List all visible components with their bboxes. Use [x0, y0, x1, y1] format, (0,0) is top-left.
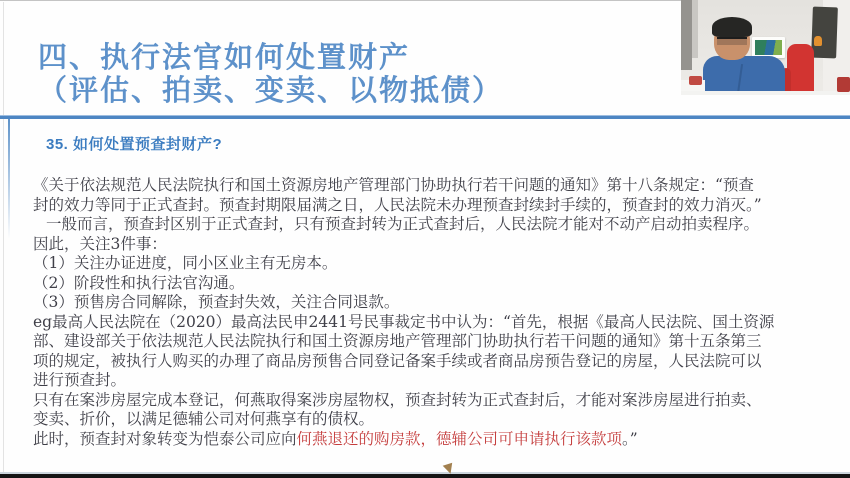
- webcam-orange-object: [814, 36, 822, 46]
- highlighted-red-text: 何燕退还的购房款，德辅公司可申请执行该款项: [297, 430, 623, 448]
- presenter-shirt-fold: [737, 64, 743, 94]
- left-rule: [8, 119, 10, 239]
- webcam-red-chair: [787, 44, 814, 94]
- webcam-door: [681, 0, 692, 70]
- presenter-shirt: [703, 56, 785, 95]
- body-line: 部、建设部关于依法规范人民法院执行和国土资源房地产管理部门协助执行若干问题的通知…: [33, 332, 848, 352]
- slide-title-line1: 四、执行法官如何处置财产: [38, 42, 678, 75]
- body-line: 项的规定，被执行人购买的办理了商品房预售合同登记备案手续或者商品房预告登记的房屋…: [33, 352, 848, 372]
- body-line: 进行预查封。: [33, 371, 848, 391]
- body-line: （1）关注办证进度，同小区业主有无房本。: [33, 254, 848, 274]
- slide-body-text: 《关于依法规范人民法院执行和国土资源房地产管理部门协助执行若干问题的通知》第十八…: [33, 176, 848, 449]
- body-line: 一般而言，预查封区别于正式查封，只有预查封转为正式查封后，人民法院才能对不动产启…: [33, 215, 848, 235]
- body-line: 封的效力等同于正式查封。预查封期限届满之日，人民法院未办理预查封续封手续的，预查…: [33, 196, 848, 216]
- slide-title: 四、执行法官如何处置财产 （评估、拍卖、变卖、以物抵债）: [38, 42, 678, 108]
- presenter-hair: [712, 17, 752, 37]
- presenter-webcam: [681, 0, 850, 95]
- body-line: （2）阶段性和执行法官沟通。: [33, 274, 848, 294]
- header-rule: [0, 116, 850, 119]
- bottom-bar: [0, 474, 850, 478]
- body-line-post: 。”: [622, 430, 638, 448]
- webcam-desk: [681, 91, 850, 95]
- body-line-pre: 此时，预查封对象转变为恺泰公司应向: [33, 430, 297, 448]
- body-line: 因此，关注3件事：: [33, 235, 848, 255]
- body-line-highlighted: 此时，预查封对象转变为恺泰公司应向何燕退还的购房款，德辅公司可申请执行该款项。”: [33, 430, 848, 450]
- body-line: 《关于依法规范人民法院执行和国土资源房地产管理部门协助执行若干问题的通知》第十八…: [33, 176, 848, 196]
- body-line: 变卖、折价，以满足德辅公司对何燕享有的债权。: [33, 410, 848, 430]
- webcam-picture-frame: [752, 37, 785, 58]
- slide-title-line2: （评估、拍卖、变卖、以物抵债）: [38, 75, 678, 108]
- webcam-picture-art: [755, 40, 782, 55]
- section-heading: 35. 如何处置预查封财产?: [46, 133, 222, 154]
- webcam-red-object-right: [837, 77, 850, 92]
- body-line: （3）预售房合同解除，预查封失效，关注合同退款。: [33, 293, 848, 313]
- webcam-tv: [811, 7, 838, 59]
- presenter-glasses: [717, 37, 747, 45]
- webcam-red-object-left: [689, 76, 702, 85]
- left-divider: [3, 2, 4, 476]
- body-line: eg最高人民法院在（2020）最高法民申2441号民事裁定书中认为：“首先，根据…: [33, 313, 848, 333]
- lecture-slide: 四、执行法官如何处置财产 （评估、拍卖、变卖、以物抵债） 35. 如何处置预查封…: [0, 0, 850, 478]
- webcam-door-frame: [692, 0, 698, 58]
- body-line: 只有在案涉房屋完成本登记，何燕取得案涉房屋物权，预查封转为正式查封后，才能对案涉…: [33, 391, 848, 411]
